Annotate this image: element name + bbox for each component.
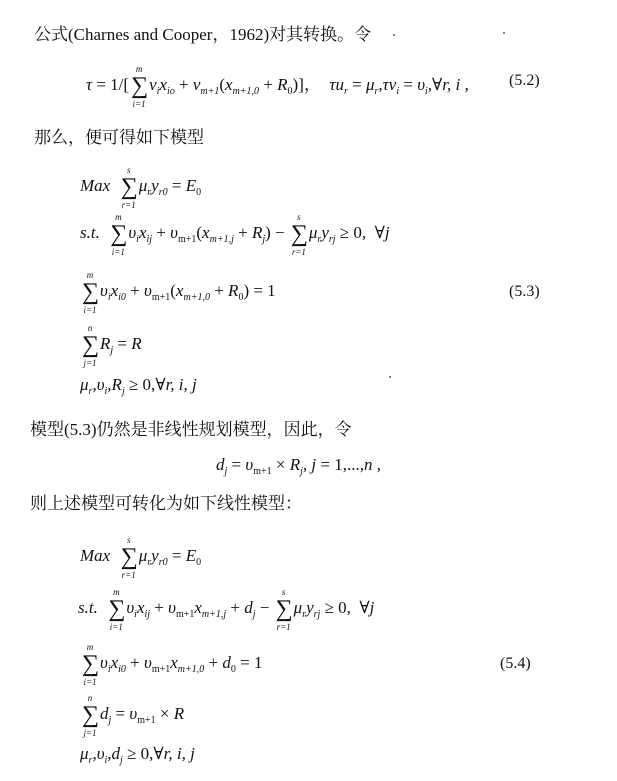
- scan-speck: [389, 376, 391, 378]
- equation-5-3-constraint-1: s.t. m∑i=1υixij + υm+1(xm+1,j + Rj) − s∑…: [80, 222, 390, 246]
- equation-number-5-2: (5.2): [509, 72, 540, 90]
- equation-5-4-objective: Max s∑r=1μryr0 = E0: [80, 545, 201, 569]
- paragraph-nonlinear-note: 模型(5.3)仍然是非线性规划模型，因此，令: [30, 420, 352, 440]
- equation-5-3-constraint-4: μr,υi,Rj ≥ 0,∀r, i, j: [80, 375, 197, 395]
- paragraph-linear-model-intro: 则上述模型可转化为如下线性模型：: [30, 494, 302, 514]
- equation-5-3-objective: Max s∑r=1μryr0 = E0: [80, 175, 201, 199]
- paragraph-model-intro: 那么，便可得如下模型: [34, 128, 204, 148]
- equation-dj-definition: dj = υm+1 × Rj, j = 1,...,n ,: [216, 455, 381, 475]
- equation-5-4-constraint-2: m∑i=1υixi0 + υm+1xm+1,0 + d0 = 1: [80, 652, 262, 676]
- equation-5-4-constraint-1: s.t. m∑i=1υixij + υm+1xm+1,j + dj − s∑r=…: [78, 597, 374, 621]
- equation-5-3-constraint-2: m∑i=1υixi0 + υm+1(xm+1,0 + R0) = 1: [80, 280, 276, 304]
- equation-5-4-constraint-4: μr,υi,dj ≥ 0,∀r, i, j: [80, 744, 195, 764]
- equation-number-5-3: (5.3): [509, 283, 540, 301]
- equation-5-3-constraint-3: n∑j=1Rj = R: [80, 333, 142, 357]
- scan-speck: [393, 34, 395, 36]
- equation-5-4-constraint-3: n∑j=1dj = υm+1 × R: [80, 703, 184, 727]
- equation-number-5-4: (5.4): [500, 655, 531, 673]
- paragraph-intro: 公式(Charnes and Cooper，1962)对其转换。令: [34, 25, 371, 45]
- scan-speck: [503, 32, 505, 34]
- equation-5-2: τ = 1/[m∑i=1vixio + vm+1(xm+1,0 + R0)]， …: [86, 70, 469, 98]
